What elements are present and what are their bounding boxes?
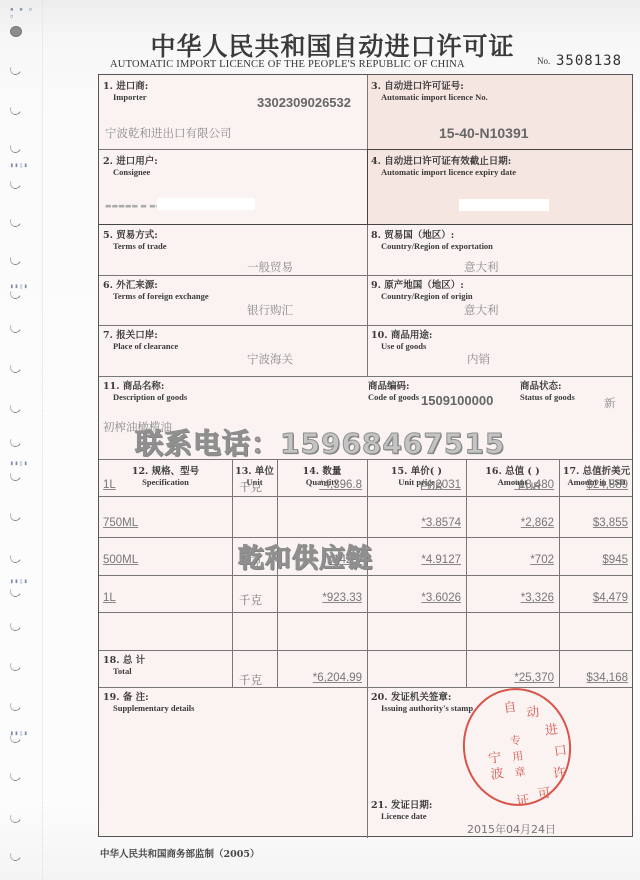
divider [232,459,233,687]
punch-hole [8,102,22,116]
punch-hole [8,618,22,632]
row-specification: 1L [103,479,116,491]
foreign-exchange-value: 银行购汇 [247,302,293,318]
document-subtitle: AUTOMATIC IMPORT LICENCE OF THE PEOPLE'S… [110,59,465,70]
divider [367,149,632,150]
divider [99,612,632,613]
total-label: 18. 总 计 Total [103,652,145,676]
divider [99,325,632,326]
row-quantity: *923.33 [322,592,362,604]
redaction-bar [459,199,549,211]
row-specification: 750ML [103,517,138,529]
divider [99,149,367,150]
total-quantity: *6,204.99 [313,672,362,684]
terms-of-trade-value: 一般贸易 [247,259,293,275]
row-amount-usd: $4,479 [593,592,628,604]
divider [367,75,368,377]
row-amount: *2,862 [521,517,554,529]
consignee-label: 2. 进口用户: Consignee [103,153,158,177]
punch-hole [8,848,22,862]
row-specification: 500ML [103,554,138,566]
description-label: 11. 商品名称: Description of goods [103,378,187,402]
header-specification: 12. 规格、型号 Specification [99,463,232,487]
importer-name: 宁波乾和进出口有限公司 [105,125,232,141]
code-of-goods-value: 1509100000 [421,393,493,408]
licence-no-label: 3. 自动进口许可证号: Automatic import licence No… [371,78,488,102]
punch-hole [8,810,22,824]
status-of-goods-value: 新 [604,395,616,411]
perforation-mark: ▮▮▯▮ [10,162,28,169]
licence-date-value: 2015年04月24日 [467,821,556,837]
terms-of-trade-label: 5. 贸易方式: Terms of trade [103,227,167,251]
perforated-margin: ▪ ▪ ▫ ▫ ▮▮▯▮ ▮▮▯▮ ▮▮▯▮ ▮▮▯▮ ▮▮▯▮ [0,0,40,880]
code-of-goods-label: 商品编码: Code of goods [368,378,419,402]
country-exportation-value: 意大利 [464,259,499,275]
row-amount-usd: $945 [602,554,628,566]
perforation-mark: ▮▮▯▮ [10,578,28,585]
punch-hole [8,768,22,782]
divider [99,575,632,576]
divider [559,459,560,687]
row-quantity: *4,396.8 [319,479,362,491]
country-exportation-label: 8. 贸易国（地区）: Country/Region of exportatio… [371,227,493,251]
divider [466,459,467,687]
punch-hole [8,468,22,482]
punch-hole [8,434,22,448]
punch-hole [8,140,22,154]
row-amount: *702 [530,554,554,566]
brand-watermark: 乾和供应链 [238,538,373,575]
punch-hole [8,252,22,266]
fold-line [42,0,43,880]
punch-hole [8,62,22,76]
phone-watermark: 联系电话：15968467515 [135,422,505,462]
punch-hole [8,400,22,414]
punch-hole [8,360,22,374]
footer-issuer: 中华人民共和国商务部监制（2005） [100,846,259,860]
divider [99,376,632,377]
perforation-mark: ▮▮▯▮ [10,460,28,467]
row-unit-price: *4.2031 [421,479,461,491]
punch-hole [8,698,22,712]
row-amount: *18,480 [514,479,554,491]
divider [99,496,632,497]
use-of-goods-label: 10. 商品用途: Use of goods [371,327,432,351]
supplementary-label: 19. 备 注: Supplementary details [103,689,194,713]
redaction-bar [157,198,255,210]
perforation-mark: ▮▮▯▮ [10,730,28,737]
place-of-clearance-value: 宁波海关 [247,351,293,367]
expiry-label: 4. 自动进口许可证有效截止日期: Automatic import licen… [371,153,516,177]
punch-hole [8,508,22,522]
punch-hole [8,214,22,228]
row-unit-price: *4.9127 [421,554,461,566]
punch-hole [8,176,22,190]
licence-date-label: 21. 发证日期: Licence date [371,797,432,821]
divider [367,149,368,225]
divider [99,687,632,688]
row-amount-usd: $3,855 [593,517,628,529]
status-of-goods-label: 商品状态: Status of goods [520,378,575,402]
importer-code: 3302309026532 [257,95,351,110]
row-unit-price: *3.6026 [421,592,461,604]
total-usd: $34,168 [586,672,628,684]
punch-hole [8,584,22,598]
perforation-mark: ▪ ▪ ▫ ▫ [10,6,40,20]
perforation-mark: ▮▮▯▮ [10,283,28,290]
country-origin-label: 9. 原产地国（地区）: Country/Region of origin [371,277,473,301]
row-unit: 千克 [239,592,262,608]
row-amount-usd: $24,889 [586,479,628,491]
importer-label: 1. 进口商: Importer [103,78,148,102]
place-of-clearance-label: 7. 报关口岸: Place of clearance [103,327,178,351]
divider [99,650,632,651]
divider [99,224,632,225]
serial-label: No. [537,56,550,66]
country-origin-value: 意大利 [464,302,499,318]
stamp-label: 20. 发证机关签章: Issuing authority's stamp [371,689,473,713]
foreign-exchange-label: 6. 外汇来源: Terms of foreign exchange [103,277,209,301]
row-unit-price: *3.8574 [421,517,461,529]
divider [367,459,368,838]
total-amount: *25,370 [514,672,554,684]
divider [99,275,632,276]
row-unit: 千克 [239,479,262,495]
row-specification: 1L [103,592,116,604]
serial-number: 3508138 [556,53,622,69]
punch-hole [8,320,22,334]
use-of-goods-value: 内销 [467,351,490,367]
licence-no-value: 15-40-N10391 [439,125,529,141]
punch-hole [8,550,22,564]
punch-hole [8,658,22,672]
total-unit: 千克 [239,672,262,688]
row-amount: *3,326 [521,592,554,604]
